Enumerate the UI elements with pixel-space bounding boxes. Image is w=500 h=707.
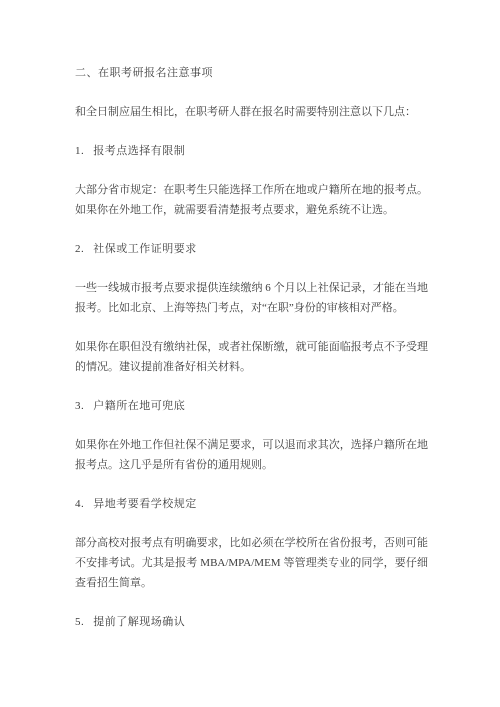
item-3-number: 3. xyxy=(75,396,84,416)
item-1-heading: 1.报考点选择有限制 xyxy=(75,141,428,161)
section-title: 二、在职考研报名注意事项 xyxy=(75,63,428,83)
item-4-heading: 4.异地考要看学校规定 xyxy=(75,494,428,514)
item-5-heading: 5.提前了解现场确认 xyxy=(75,612,428,632)
item-1-paragraph: 大部分省市规定：在职考生只能选择工作所在地或户籍所在地的报考点。如果你在外地工作… xyxy=(75,180,428,220)
item-3-title: 户籍所在地可兜底 xyxy=(93,400,185,412)
item-2-paragraph-1: 一些一线城市报考点要求提供连续缴纳 6 个月以上社保记录，才能在当地报考。比如北… xyxy=(75,278,428,318)
item-1-number: 1. xyxy=(75,141,84,161)
item-2-heading: 2.社保或工作证明要求 xyxy=(75,239,428,259)
item-4-title: 异地考要看学校规定 xyxy=(93,498,197,510)
item-4-number: 4. xyxy=(75,494,84,514)
item-1-title: 报考点选择有限制 xyxy=(93,145,185,157)
item-3-paragraph: 如果你在外地工作但社保不满足要求，可以退而求其次，选择户籍所在地报考点。这几乎是… xyxy=(75,435,428,475)
item-3-heading: 3.户籍所在地可兜底 xyxy=(75,396,428,416)
item-5-number: 5. xyxy=(75,612,84,632)
item-5-title: 提前了解现场确认 xyxy=(93,616,185,628)
item-2-number: 2. xyxy=(75,239,84,259)
document-page: 二、在职考研报名注意事项 和全日制应届生相比，在职考研人群在报名时需要特别注意以… xyxy=(0,0,500,707)
item-4-paragraph: 部分高校对报考点有明确要求，比如必须在学校所在省份报考，否则可能不安排考试。尤其… xyxy=(75,533,428,593)
item-2-title: 社保或工作证明要求 xyxy=(93,243,197,255)
item-2-paragraph-2: 如果你在职但没有缴纳社保，或者社保断缴，就可能面临报考点不予受理的情况。建议提前… xyxy=(75,337,428,377)
intro-paragraph: 和全日制应届生相比，在职考研人群在报名时需要特别注意以下几点： xyxy=(75,102,428,122)
